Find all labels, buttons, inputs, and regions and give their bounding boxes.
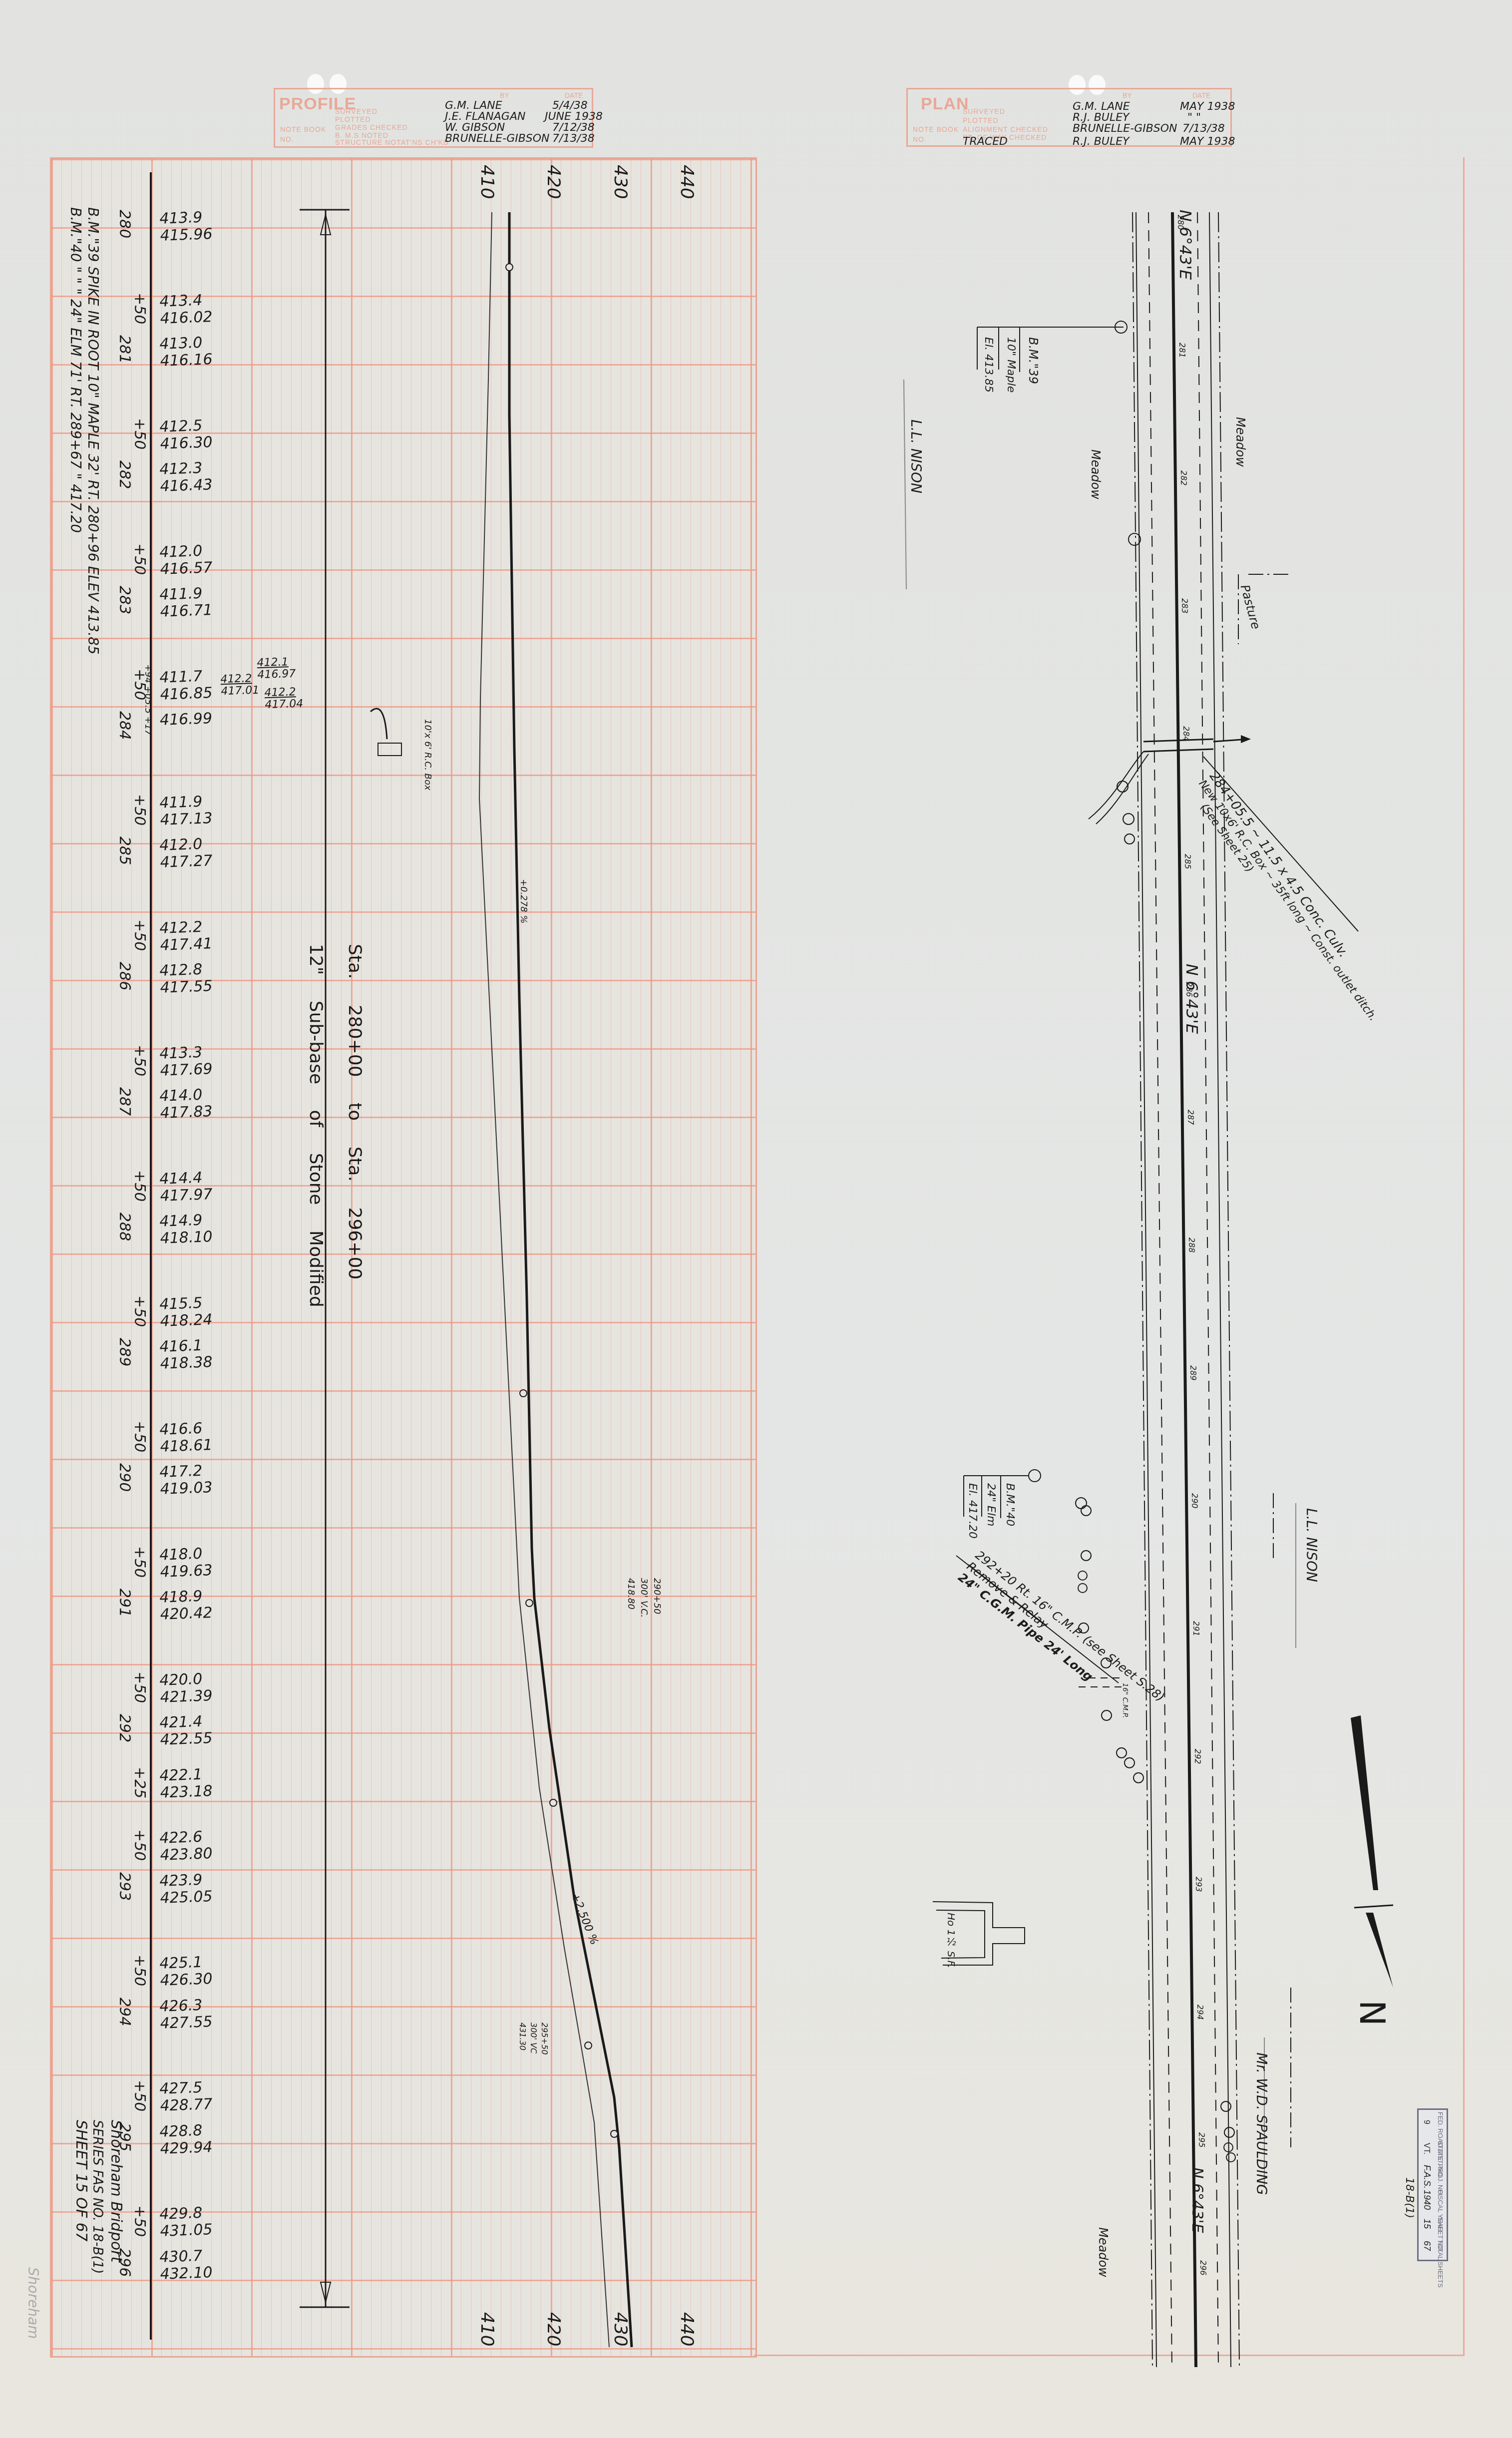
- stamp-header-state: STATE: [1437, 2141, 1444, 2161]
- stamp-state: VT.: [1422, 2143, 1431, 2154]
- field-label-meadow-right: Meadow: [1233, 417, 1247, 467]
- plan-station-tick: 292: [1193, 1749, 1202, 1764]
- north-arrow-label: N: [1352, 2000, 1393, 2026]
- stamp-year: 1940: [1422, 2190, 1432, 2210]
- stamp-proj-suffix: 18-B(1): [1403, 2177, 1416, 2218]
- plan-station-tick: 290: [1190, 1493, 1199, 1509]
- plan-station-tick: 288: [1187, 1237, 1196, 1253]
- plan-station-tick: 281: [1177, 343, 1187, 358]
- plan-station-tick: 286: [1184, 982, 1194, 997]
- plan-station-tick: 296: [1198, 2260, 1208, 2276]
- plan-station-tick: 293: [1194, 1877, 1203, 1892]
- bearing-mid: N 6°43'E: [1182, 964, 1201, 1034]
- bm39-elev: El. 413.85: [982, 337, 995, 393]
- owner-label-spaulding: Mr. W.D. SPAULDING: [1253, 2052, 1270, 2195]
- plan-station-tick: 291: [1191, 1621, 1201, 1636]
- bm39-id: B.M."39: [1026, 337, 1040, 384]
- owner-label-right: L.L. NISON: [1303, 1508, 1320, 1582]
- stamp-header-total: TOTAL SHEETS: [1437, 2240, 1444, 2288]
- bm39-tree: 10" Maple: [1005, 337, 1017, 393]
- plan-station-tick: 295: [1197, 2132, 1206, 2148]
- plan-station-tick: 280: [1176, 215, 1185, 230]
- plan-station-tick: 282: [1179, 470, 1188, 486]
- bm40-tree: 24" Elm: [985, 1483, 997, 1527]
- bm40-elev: El. 417.20: [966, 1483, 979, 1539]
- small-pipe-label: 16" C.M.P.: [1121, 1683, 1129, 1718]
- field-label-meadow-bottom: Meadow: [1096, 2227, 1110, 2277]
- house-label: Ho 1½ S.F.: [945, 1913, 957, 1968]
- stamp-proj: F.A.S.: [1422, 2165, 1432, 2189]
- plan-station-tick: 285: [1183, 854, 1192, 869]
- drawing-sheet: PROFILE NOTE BOOK NO. SURVEYED PLOTTED G…: [0, 0, 1512, 2438]
- owner-label-left: L.L. NISON: [908, 419, 924, 493]
- north-arrow-icon: [1348, 1715, 1398, 1995]
- bearing-bottom: N 6°43'E: [1188, 2167, 1206, 2233]
- linework: [0, 0, 1512, 2438]
- plan-station-tick: 289: [1188, 1365, 1198, 1381]
- field-label-meadow-left: Meadow: [1089, 449, 1103, 499]
- project-stamp: FED. ROAD DIST. NO. STATE PROJ. NO. FISC…: [1417, 2108, 1448, 2261]
- plan-station-tick: 287: [1186, 1110, 1195, 1125]
- plan-station-tick: 294: [1195, 2005, 1205, 2020]
- stamp-total: 67: [1422, 2241, 1432, 2251]
- plan-station-tick: 284: [1181, 726, 1191, 742]
- stamp-sheet: 15: [1422, 2219, 1432, 2229]
- bm40-id: B.M."40: [1004, 1483, 1016, 1526]
- plan-station-tick: 283: [1180, 598, 1189, 614]
- stamp-district: 9: [1422, 2120, 1431, 2124]
